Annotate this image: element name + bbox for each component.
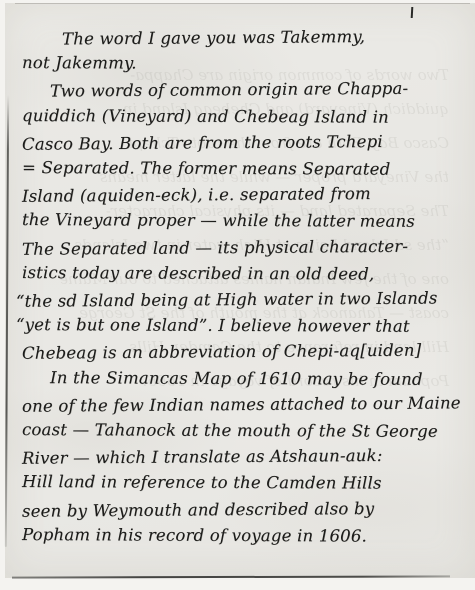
pen-tick-mark: [411, 7, 414, 18]
handwriting-line: not Jakemmy.: [22, 50, 470, 78]
paper-edge-bottom: [12, 575, 450, 578]
paper-edge-left: [5, 95, 9, 547]
letter-page: Two words of common origin are Chappa-qu…: [5, 3, 475, 578]
handwriting-line: Popham in his record of voyage in 1606.: [22, 522, 470, 550]
handwriting-line: River — which I translate as Atshaun-auk…: [22, 442, 470, 472]
letter-scan: Two words of common origin are Chappa-qu…: [0, 0, 475, 590]
handwriting-line: coast — Tahanock at the mouth of the St …: [22, 417, 470, 445]
handwriting-line: Two words of common origin are Chappa-: [22, 76, 470, 106]
paper-edge-top: [15, 3, 470, 4]
handwritten-text: The word I gave you was Takemmy, not Jak…: [22, 25, 470, 549]
handwriting-line: Chebeag is an abbreviation of Chepi-aq[u…: [22, 338, 470, 368]
handwriting-line: = Separated. The former means Separated: [22, 155, 470, 183]
handwriting-line: seen by Weymouth and described also by: [22, 495, 470, 525]
handwriting-line: “yet is but one Island”. I believe howev…: [16, 312, 470, 340]
handwriting-line: The Separated land — its physical charac…: [22, 233, 470, 263]
handwriting-line: the Vineyard proper — while the latter m…: [22, 207, 470, 235]
handwriting-line: quiddich (Vineyard) and Chebeag Island i…: [22, 103, 470, 131]
handwriting-line: “the sd Island being at High water in tw…: [16, 285, 470, 315]
handwriting-line: The word I gave you was Takemmy,: [22, 23, 470, 53]
handwriting-line: Casco Bay. Both are from the roots Tchep…: [22, 128, 470, 158]
handwriting-line: one of the few Indian names attached to …: [22, 390, 470, 420]
handwriting-line: istics today are described in an old dee…: [22, 260, 470, 288]
handwriting-line: Hill land in reference to the Camden Hil…: [22, 469, 470, 497]
handwriting-line: In the Simancas Map of 1610 may be found: [22, 365, 470, 393]
handwriting-line: Island (aquiden-eck), i.e. separated fro…: [22, 180, 470, 210]
